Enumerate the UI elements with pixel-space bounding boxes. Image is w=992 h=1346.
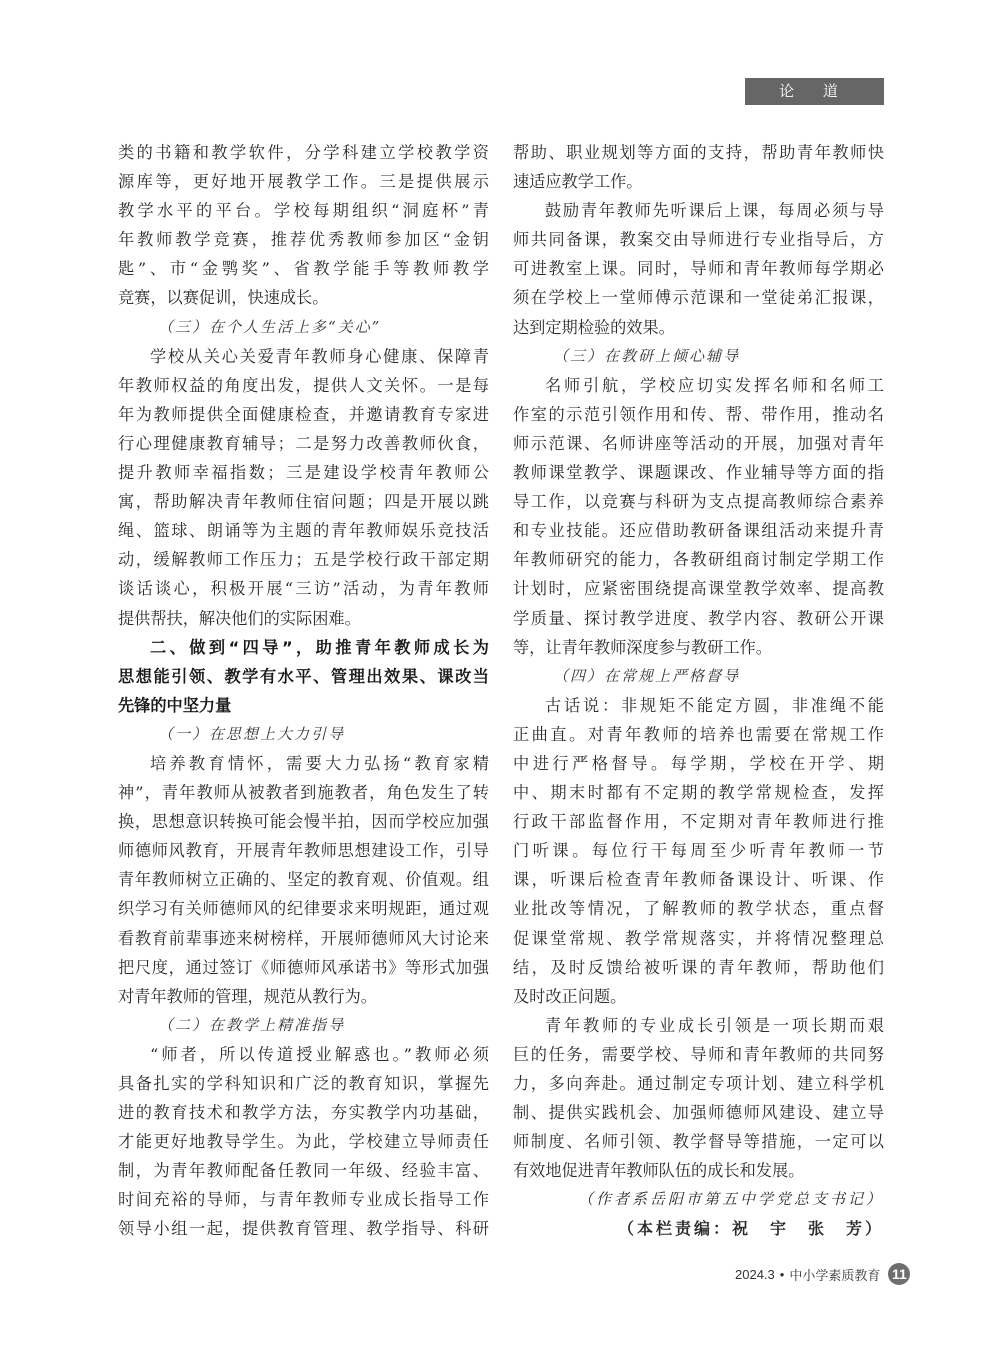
paragraph-line: 时间充裕的导师，与青年教师专业成长指导工作 xyxy=(118,1185,489,1214)
section-heading-line: 二、做到“四导”，助推青年教师成长为 xyxy=(118,633,489,662)
section-label: 论 道 xyxy=(745,78,884,105)
paragraph-line: 织学习有关师德师风的纪律要求来明规距，通过观 xyxy=(118,894,489,923)
paragraph-line: 达到定期检验的效果。 xyxy=(513,313,884,342)
journal-name: 中小学素质教育 xyxy=(789,1265,880,1284)
paragraph-line: 进的教育技术和教学方法，夯实教学内功基础， xyxy=(118,1098,489,1127)
subsection-heading: （三）在教研上倾心辅导 xyxy=(513,342,884,371)
paragraph-line: 领导小组一起，提供教育管理、教学指导、科研 xyxy=(118,1214,489,1243)
paragraph-line: 教学水平的平台。学校每期组织“洞庭杯”青 xyxy=(118,196,489,225)
paragraph-line: 门听课。每位行干每周至少听青年教师一节 xyxy=(513,836,884,865)
paragraph-line: 年教师研究的能力，各教研组商讨制定学期工作 xyxy=(513,545,884,574)
paragraph-line: 业批改等情况，了解教师的教学状态，重点督 xyxy=(513,894,884,923)
paragraph-line: 师示范课、名师讲座等活动的开展，加强对青年 xyxy=(513,429,884,458)
paragraph-line: 帮助、职业规划等方面的支持，帮助青年教师快 xyxy=(513,138,884,167)
paragraph-line: 有效地促进青年教师队伍的成长和发展。 xyxy=(513,1156,884,1185)
paragraph-line: 培养教育情怀，需要大力弘扬“教育家精 xyxy=(118,749,489,778)
issue-date: 2024.3 xyxy=(735,1267,775,1282)
footer-separator: • xyxy=(780,1267,785,1282)
paragraph-line: 制，为青年教师配备任教同一年级、经验丰富、 xyxy=(118,1156,489,1185)
paragraph-line: 谈话谈心，积极开展“三访”活动，为青年教师 xyxy=(118,574,489,603)
paragraph-line: 师共同备课，教案交由导师进行专业指导后，方 xyxy=(513,225,884,254)
paragraph-line: 看教育前辈事迹来树榜样，开展师德师风大讨论来 xyxy=(118,924,489,953)
paragraph-line: 动，缓解教师工作压力；五是学校行政干部定期 xyxy=(118,545,489,574)
paragraph-line: 课，听课后检查青年教师备课设计、听课、作 xyxy=(513,865,884,894)
paragraph-line: 提供帮扶，解决他们的实际困难。 xyxy=(118,604,489,633)
paragraph-line: 力，多向奔赴。通过制定专项计划、建立科学机 xyxy=(513,1069,884,1098)
paragraph-line: 年为教师提供全面健康检查，并邀请教育专家进 xyxy=(118,400,489,429)
paragraph-line: 中进行严格督导。每学期，学校在开学、期 xyxy=(513,749,884,778)
paragraph-line: 可进教室上课。同时，导师和青年教师每学期必 xyxy=(513,254,884,283)
paragraph-line: 行心理健康教育辅导；二是努力改善教师伙食， xyxy=(118,429,489,458)
subsection-heading: （四）在常规上严格督导 xyxy=(513,662,884,691)
left-column: 类的书籍和教学软件，分学科建立学校教学资源库等，更好地开展教学工作。三是提供展示… xyxy=(118,138,489,1244)
right-column: 帮助、职业规划等方面的支持，帮助青年教师快速适应教学工作。鼓励青年教师先听课后上… xyxy=(513,138,884,1244)
paragraph-line: 名师引航，学校应切实发挥名师和名师工 xyxy=(513,371,884,400)
paragraph-line: 学质量、探讨教学进度、教学内容、教研公开课 xyxy=(513,604,884,633)
subsection-heading: （一）在思想上大力引导 xyxy=(118,720,489,749)
paragraph-line: 及时改正问题。 xyxy=(513,982,884,1011)
page-footer: 2024.3 • 中小学素质教育 11 xyxy=(735,1263,910,1285)
editor-credit: （本栏责编：祝 宇 张 芳） xyxy=(513,1214,884,1243)
paragraph-line: 寓，帮助解决青年教师住宿问题；四是开展以跳 xyxy=(118,487,489,516)
paragraph-line: 学校从关心关爱青年教师身心健康、保障青 xyxy=(118,342,489,371)
paragraph-line: 促课堂常规、教学常规落实，并将情况整理总 xyxy=(513,924,884,953)
paragraph-line: 巨的任务，需要学校、导师和青年教师的共同努 xyxy=(513,1040,884,1069)
paragraph-line: 鼓励青年教师先听课后上课，每周必须与导 xyxy=(513,196,884,225)
paragraph-line: 才能更好地教导学生。为此，学校建立导师责任 xyxy=(118,1127,489,1156)
paragraph-line: 作室的示范引领作用和传、帮、带作用，推动名 xyxy=(513,400,884,429)
paragraph-line: 对青年教师的管理，规范从教行为。 xyxy=(118,982,489,1011)
paragraph-line: 制、提供实践机会、加强师德师风建设、建立导 xyxy=(513,1098,884,1127)
paragraph-line: 等，让青年教师深度参与教研工作。 xyxy=(513,633,884,662)
paragraph-line: 具备扎实的学科知识和广泛的教育知识，掌握先 xyxy=(118,1069,489,1098)
paragraph-line: 和专业技能。还应借助教研备课组活动来提升青 xyxy=(513,516,884,545)
paragraph-line: 绳、篮球、朗诵等为主题的青年教师娱乐竞技活 xyxy=(118,516,489,545)
paragraph-line: 古话说：非规矩不能定方圆，非准绳不能 xyxy=(513,691,884,720)
paragraph-line: 把尺度，通过签订《师德师风承诺书》等形式加强 xyxy=(118,953,489,982)
paragraph-line: 类的书籍和教学软件，分学科建立学校教学资 xyxy=(118,138,489,167)
paragraph-line: 年教师权益的角度出发，提供人文关怀。一是每 xyxy=(118,371,489,400)
paragraph-line: 竞赛，以赛促训，快速成长。 xyxy=(118,283,489,312)
paragraph-line: “师者，所以传道授业解惑也。”教师必须 xyxy=(118,1040,489,1069)
paragraph-line: 年教师教学竞赛，推荐优秀教师参加区“金钥 xyxy=(118,225,489,254)
subsection-heading: （二）在教学上精准指导 xyxy=(118,1011,489,1040)
paragraph-line: 青年教师的专业成长引领是一项长期而艰 xyxy=(513,1011,884,1040)
paragraph-line: 正曲直。对青年教师的培养也需要在常规工作 xyxy=(513,720,884,749)
paragraph-line: 速适应教学工作。 xyxy=(513,167,884,196)
section-heading-line: 先锋的中坚力量 xyxy=(118,691,489,720)
paragraph-line: 神”，青年教师从被教者到施教者，角色发生了转 xyxy=(118,778,489,807)
paragraph-line: 须在学校上一堂师傅示范课和一堂徒弟汇报课， xyxy=(513,283,884,312)
paragraph-line: 导工作，以竞赛与科研为支点提高教师综合素养 xyxy=(513,487,884,516)
paragraph-line: 行政干部监督作用，不定期对青年教师进行推 xyxy=(513,807,884,836)
paragraph-line: 教师课堂教学、课题课改、作业辅导等方面的指 xyxy=(513,458,884,487)
author-byline: （作者系岳阳市第五中学党总支书记） xyxy=(513,1185,884,1214)
paragraph-line: 中、期末时都有不定期的教学常规检查，发挥 xyxy=(513,778,884,807)
paragraph-line: 源库等，更好地开展教学工作。三是提供展示 xyxy=(118,167,489,196)
section-heading-line: 思想能引领、教学有水平、管理出效果、课改当 xyxy=(118,662,489,691)
subsection-heading: （三）在个人生活上多“关心” xyxy=(118,313,489,342)
paragraph-line: 结，及时反馈给被听课的青年教师，帮助他们 xyxy=(513,953,884,982)
paragraph-line: 师制度、名师引领、教学督导等措施，一定可以 xyxy=(513,1127,884,1156)
paragraph-line: 师德师风教育，开展青年教师思想建设工作，引导 xyxy=(118,836,489,865)
paragraph-line: 匙”、市“金鹗奖”、省教学能手等教师教学 xyxy=(118,254,489,283)
paragraph-line: 青年教师树立正确的、坚定的教育观、价值观。组 xyxy=(118,865,489,894)
page-number-badge: 11 xyxy=(888,1263,910,1285)
paragraph-line: 提升教师幸福指数；三是建设学校青年教师公 xyxy=(118,458,489,487)
paragraph-line: 计划时，应紧密围绕提高课堂教学效率、提高教 xyxy=(513,574,884,603)
paragraph-line: 换，思想意识转换可能会慢半拍，因而学校应加强 xyxy=(118,807,489,836)
